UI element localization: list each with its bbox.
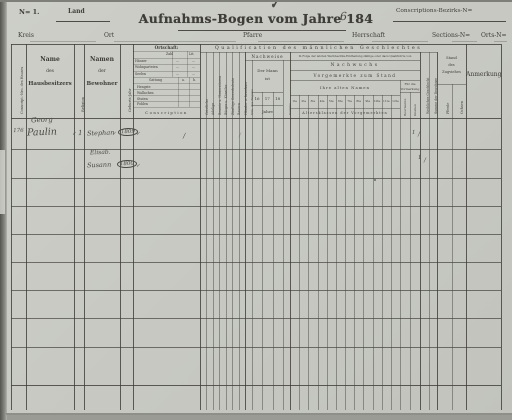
class-column-label: Zünftige Gewerbsleute (231, 78, 235, 115)
vieh-box-label-2: des (437, 63, 466, 67)
grid-line (11, 385, 501, 386)
grid-line (11, 262, 501, 263)
pencil-tick: ✓ (112, 131, 116, 137)
nachweise-label: Nachweise (245, 54, 290, 59)
grid-line (494, 41, 507, 42)
grid-line (400, 92, 420, 93)
ortschaft-footer: Conscription (133, 110, 200, 115)
grid-line (382, 95, 383, 410)
age-class-cell: 8te (354, 99, 363, 103)
kreis-label: Kreis (18, 32, 34, 39)
qualification-title: Qualification des männlichen Geschlechte… (200, 46, 437, 51)
vormerkung-label-2: Vormerkung (400, 87, 420, 91)
grid-line (11, 118, 501, 119)
grid-line (200, 52, 437, 53)
grid-line (327, 95, 328, 410)
pencil-tick: ✓ (136, 163, 140, 169)
grid-line (262, 92, 263, 410)
age-18: 18 (273, 96, 283, 101)
grid-line (283, 60, 284, 410)
entry-inhabitant-name: Elisab. (90, 149, 111, 157)
grid-line (245, 60, 420, 61)
age-17: 17 (262, 96, 272, 101)
class-column-label: Geistliche (205, 99, 209, 115)
vormerkung-label-1: Für die (400, 82, 420, 86)
pencil-count-mark: 1 (418, 155, 422, 161)
der-mann-ist-label-1: Der Mann (252, 68, 283, 73)
grid-line (114, 41, 236, 42)
scan-edge-bottom (6, 413, 512, 415)
ortschaft-row-label: Wohnparteien (135, 65, 158, 69)
ortschaft-row-label: Häuser (135, 59, 147, 63)
pencil-slash: / (239, 132, 241, 139)
scan-edge-notch (0, 150, 5, 214)
pencil-tick: ✓ (72, 131, 76, 137)
class-column-label: Bürger u. Künstler (224, 85, 228, 115)
handwritten-year: 6 (340, 10, 347, 23)
ort-label: Ort (104, 32, 114, 39)
entry-birth-year: 1800 (117, 161, 137, 168)
grid-line (133, 44, 134, 410)
entry-inhabitant-name: Stephan (87, 129, 115, 138)
grid-line (437, 84, 466, 85)
age-class-cell: 9te (363, 99, 372, 103)
inhabitants-column-label-1: Namen (84, 56, 120, 63)
ortschaft-lower-row: Hengste (137, 85, 151, 89)
grid-line (308, 95, 309, 410)
owner-column-label-1: Name (26, 56, 74, 63)
women-column-label: Weibliches Geschlecht (426, 78, 430, 114)
grid-line (299, 95, 300, 410)
age-band-label: Altersklassen der Vorgemerkten (290, 111, 400, 115)
jahre-label: Jahre (252, 109, 283, 114)
grid-line (373, 95, 374, 410)
age-class-cell: 7te (345, 99, 354, 103)
entry-owner-last-name: Paulin (27, 126, 57, 138)
sheet-number: N= 1. (19, 8, 39, 16)
age-class-cell: 12te (391, 99, 400, 103)
scanned-census-form: N= 1. Land Aufnahms-Bogen vom Jahre 184 … (0, 0, 512, 420)
grid-line (420, 52, 421, 410)
ortschaft-lower-head: Gattung (133, 78, 178, 82)
grid-line (290, 108, 400, 109)
grid-line (200, 44, 201, 410)
ortschaft-upper-col2: Lit. (189, 52, 194, 56)
grid-line (178, 77, 179, 107)
form-title: Aufnahms-Bogen vom Jahre 184 (120, 11, 392, 26)
age-class-cell: 6te (336, 99, 345, 103)
ortschaft-lower-row: Wallachen (137, 91, 154, 95)
grid-line (120, 44, 121, 410)
ortschaft-dash: — (176, 59, 179, 63)
ortschaft-row-label: Seelen (135, 72, 146, 76)
grid-line (410, 92, 411, 410)
ortschaft-lower-row: Stuten (137, 97, 148, 101)
grid-line (501, 44, 502, 410)
grid-line (11, 290, 501, 291)
grid-line (133, 107, 200, 108)
grid-line (345, 95, 346, 410)
age-class-cell: 3te (308, 99, 317, 103)
age-class-cell: 4te (318, 99, 327, 103)
vieh-box-label-1: Stand (437, 56, 466, 60)
age-class-cell: 1te (290, 99, 299, 103)
orts-no-label: Orts-N= (481, 32, 507, 39)
class-column-label: Häusler u. Inwohner (244, 82, 248, 115)
grid-line (11, 234, 501, 235)
ortschaft-upper-col1: Zahl (166, 52, 173, 56)
grid-line (26, 44, 27, 410)
ochsen-column-label: Ochsen (460, 101, 464, 114)
scan-edge-top (0, 0, 512, 2)
land-label: Land (68, 8, 85, 15)
pencil-slash: / (424, 157, 426, 164)
pfarre-label: Pfarre (243, 32, 262, 39)
herrschaft-label: Herrschaft (352, 32, 385, 39)
class-column-label: Beamte u. Honoratioren (218, 76, 222, 115)
knaben-label: Knaben (413, 104, 417, 116)
grid-line (11, 178, 501, 179)
grid-line (252, 105, 283, 106)
pferde-column-label: Pferde (446, 103, 450, 114)
entry-owner-first-name: Georg (31, 116, 53, 125)
pencil-slash: / (418, 131, 420, 138)
ortschaft-box-title: Ortschaft: (133, 45, 200, 50)
grid-line (363, 95, 364, 410)
grid-line (290, 95, 400, 96)
grid-line (391, 95, 392, 410)
grid-line (11, 44, 12, 410)
grid-line (11, 206, 501, 207)
ortschaft-lower-row: Fohlen (137, 102, 148, 106)
conscription-district-label: Conscriptions-Bezirks-N= (396, 8, 472, 14)
vieh-box-label-3: Zugviehes (437, 70, 466, 74)
pencil-count-mark: 1 (412, 130, 416, 136)
grid-line (400, 80, 401, 410)
religion-column-label: Religion (81, 97, 85, 112)
sections-no-label: Sections-N= (432, 32, 470, 39)
grid-line (393, 21, 506, 22)
summe-column-label: Summe der Bewohner (434, 78, 438, 114)
anmerkung-column-label: Anmerkung (466, 71, 501, 78)
age-class-cell: 5te (327, 99, 336, 103)
pencil-tick: ✓ (136, 131, 140, 137)
grid-line (189, 77, 190, 107)
owner-column-label-2: des (26, 69, 74, 74)
class-column-label: Bauern (237, 103, 241, 115)
grid-line (354, 95, 355, 410)
ortschaft-lower-b: b. (193, 78, 196, 82)
inhabitants-column-label-3: Bewohner (84, 81, 120, 87)
ortschaft-dash: — (176, 65, 179, 69)
pencil-slash: / (183, 132, 186, 140)
nachwuchs-label: Nachwuchs (290, 63, 420, 68)
owner-column-label-3: Hausbesitzers (26, 81, 74, 87)
grid-line (178, 30, 346, 31)
class-column-label: Adelige (211, 103, 215, 115)
grid-line (30, 41, 96, 42)
inhabitants-column-label-2: der (84, 69, 120, 74)
grid-line (258, 41, 344, 42)
pencil-dot (374, 179, 376, 181)
ortschaft-dash: — (192, 59, 195, 63)
age-class-cell: 2te (299, 99, 308, 103)
grid-line (11, 318, 501, 319)
grid-line (372, 41, 428, 42)
beurlaubte-label: Beurlaubte (403, 98, 407, 115)
alte-namen-label: Ihre alten Namen (290, 85, 400, 90)
vorgemerkte-label: Vorgemerkte zum Stand (290, 73, 420, 78)
grid-line (252, 92, 283, 93)
grid-line (336, 95, 337, 410)
werbbezirk-line: In Folge der letzten Werbbezirks-Einthei… (290, 54, 420, 58)
grid-line (56, 21, 110, 22)
entry-inhabitant-name: Susann (87, 161, 111, 170)
grid-line (74, 44, 75, 410)
ortschaft-lower-a: a. (182, 78, 185, 82)
grid-line (318, 95, 319, 410)
ortschaft-dash: — (176, 72, 179, 76)
ortschaft-dash: — (192, 65, 195, 69)
grid-line (11, 149, 501, 150)
house-number-column-label: Conscript.-Nro. des Hauses (20, 67, 24, 114)
ortschaft-dash: — (192, 72, 195, 76)
birth-year-column-label: Geburts-Jahr (128, 89, 132, 112)
entry-house-number: 176 (11, 128, 26, 135)
grid-line (11, 347, 501, 348)
grid-line (290, 80, 420, 81)
grid-line (452, 41, 477, 42)
entry-religion-count: 1 (78, 129, 83, 137)
grid-line (466, 44, 467, 410)
grid-line (273, 92, 274, 410)
age-16: 16 (252, 96, 262, 101)
age-class-cell: 11te (382, 99, 391, 103)
grid-line (452, 84, 453, 410)
age-class-cell: 10te (373, 99, 382, 103)
grid-line (290, 70, 420, 71)
der-mann-ist-label-2: ist (252, 76, 283, 81)
